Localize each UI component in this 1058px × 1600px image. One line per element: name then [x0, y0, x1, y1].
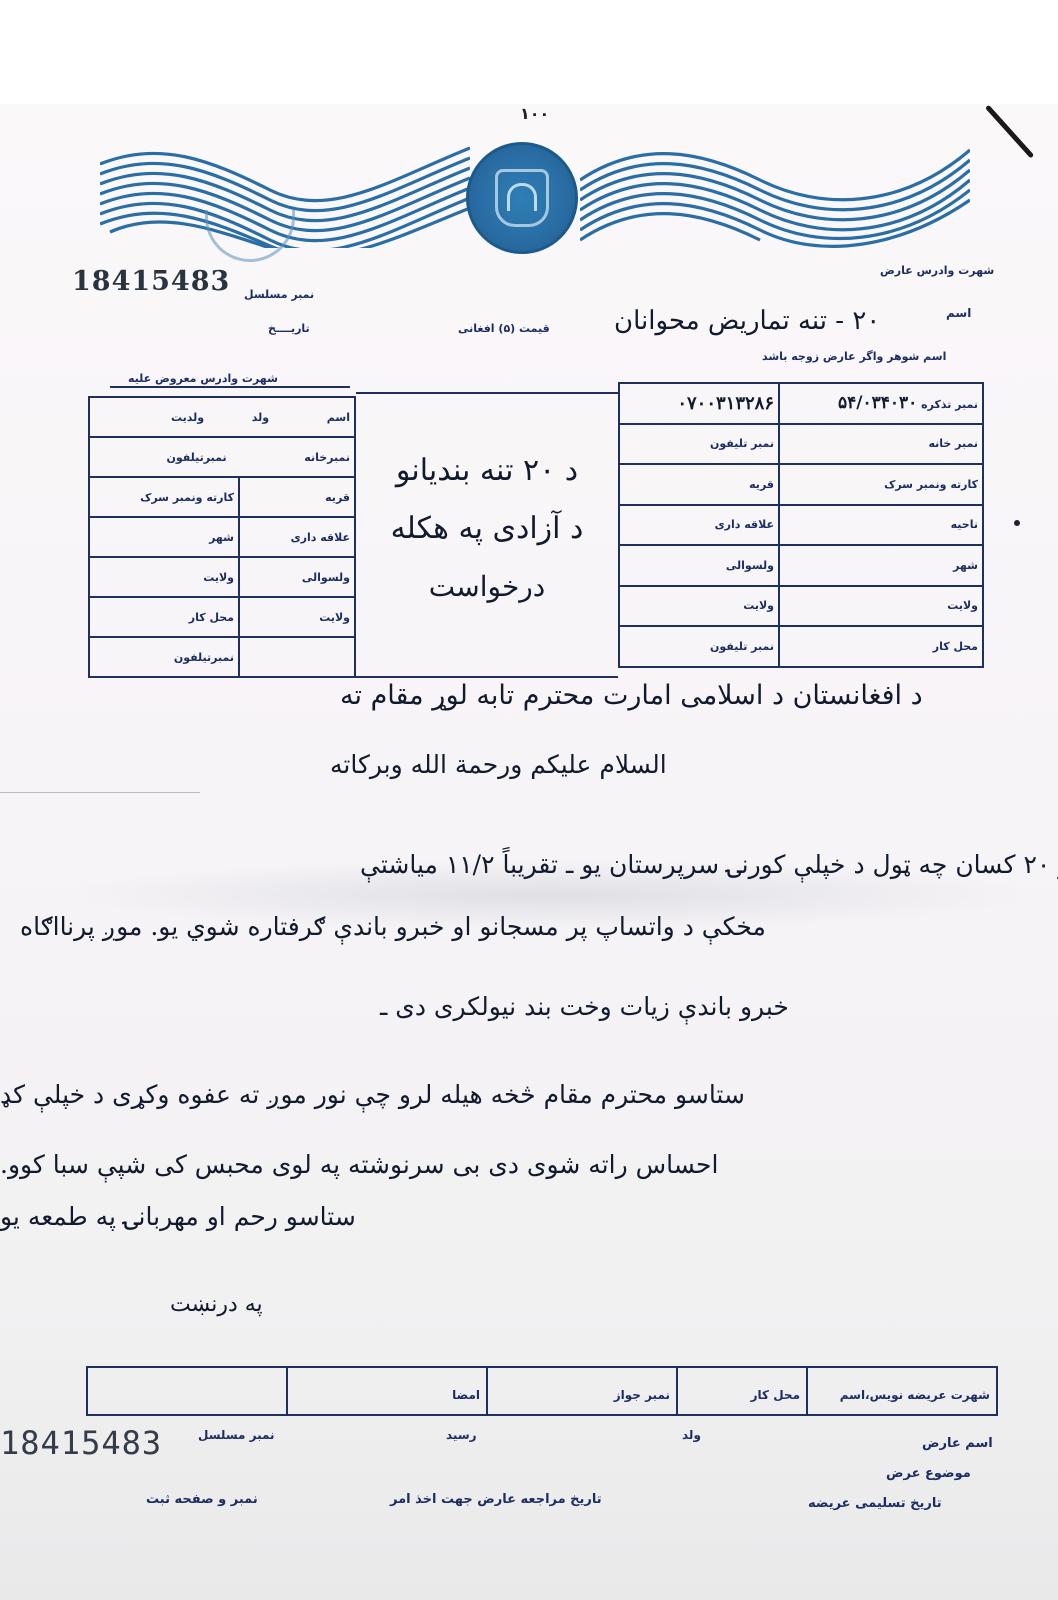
table-row: نمبر تلیفون نمبر خانه [619, 424, 983, 465]
subject-label: موضوع عرض [886, 1466, 971, 1481]
margin-dot [1014, 520, 1020, 526]
letter-paragraph-2: مخکې د واتساپ پر مسجانو او خبرو باندې ګر… [20, 912, 766, 941]
father-label: ولد [682, 1428, 701, 1442]
top-edge-mark: ۱۰۰ [520, 104, 549, 123]
follow-up-date-label: تاریخ مراجعه عارض جهت اخذ امر [390, 1492, 602, 1507]
table-row: نمبرتیلفون [89, 637, 355, 677]
table-row: کارته ونمبر سرک قریه [89, 477, 355, 517]
table-row: محل کار ولایت [89, 597, 355, 637]
cell-value2: ۰۷۰۰۳۱۳۲۸۶ [619, 383, 779, 424]
letter-paragraph-4: ستاسو محترم مقام څخه هیله لرو چې نور موږ… [0, 1080, 745, 1109]
applicant-address-table: ۰۷۰۰۳۱۳۲۸۶ نمبر تذکره ۵۴/۰۳۴۰۳۰ نمبر تلی… [618, 382, 984, 668]
price-label: قیمت (۵) افغانی [458, 322, 550, 335]
applicant-section-label: شهرت وادرس عارض [880, 264, 994, 277]
table-row: امضا نمبر جواز محل کار شهرت عریضه نویس،ا… [87, 1367, 997, 1415]
ribbon-right-decoration [580, 140, 970, 248]
table-row: ۰۷۰۰۳۱۳۲۸۶ نمبر تذکره ۵۴/۰۳۴۰۳۰ [619, 383, 983, 424]
subject-box: د ۲۰ تنه بندیانو د آزادی په هکله درخواست [356, 392, 618, 678]
receipt-label: رسید [446, 1428, 477, 1442]
applicant-name-value: ۲۰ - تنه تماریض محوانان [614, 306, 880, 336]
applicant-name-label: اسم عارض [922, 1436, 993, 1451]
subject-line-3: درخواست [356, 558, 618, 616]
table-row: ولسوالی شهر [619, 545, 983, 586]
letter-closing: په درنښت [170, 1292, 263, 1317]
subject-line-2: د آزادی په هکله [356, 500, 618, 558]
afghanistan-emblem-icon [466, 142, 578, 254]
letter-paragraph-3: خبرو باندې زیات وخت بند نیولکری دی ـ [380, 992, 789, 1021]
serial-number-bottom: 18415483 [0, 1424, 162, 1462]
petition-writer-table: امضا نمبر جواز محل کار شهرت عریضه نویس،ا… [86, 1366, 998, 1416]
respondent-address-table: اسم ولد ولدیت نمبرخانه نمبرتیلفون کارته … [88, 396, 356, 678]
submit-date-label: تاریخ تسلیمی عریضه [808, 1496, 942, 1511]
cell-id-number: نمبر تذکره ۵۴/۰۳۴۰۳۰ [779, 383, 983, 424]
letter-paragraph-1: موږ ۲۰ کسان چه ټول د خپلې کورنۍ سرپرستان… [360, 850, 1058, 879]
letter-addressee: د افغانستان د اسلامی امارت محترم تابه لو… [340, 680, 923, 711]
letter-greeting: السلام علیکم ورحمة الله وبرکاته [330, 750, 667, 779]
table-row: نمبر تلیفون محل کار [619, 626, 983, 667]
letter-paragraph-6: ستاسو رحم او مهربانۍ په طمعه یو [0, 1202, 356, 1231]
table-row: علاقه داری ناحیه [619, 505, 983, 546]
name-label: اسم [946, 306, 971, 320]
table-row: قریه کارته ونمبر سرک [619, 464, 983, 505]
footer-serial-label: نمبر مسلسل [198, 1428, 275, 1442]
register-number-label: نمبر و صفحه ثبت [146, 1492, 258, 1507]
serial-label: نمبر مسلسل [244, 288, 314, 301]
letter-paragraph-5: احساس راته شوی دی بی سرنوشته په لوی محبس… [0, 1150, 718, 1179]
spouse-note: اسم شوهر واگر عارض زوجه باشد [762, 350, 946, 363]
respondent-section-label: شهرت وادرس معروض علیه [128, 372, 278, 385]
table-row: اسم ولد ولدیت [89, 397, 355, 437]
subject-line-1: د ۲۰ تنه بندیانو [356, 442, 618, 500]
date-label: تاریــــخ [268, 322, 310, 335]
serial-number-top: 18415483 [72, 266, 230, 297]
table-row: شهر علاقه داری [89, 517, 355, 557]
table-row: ولایت ولایت [619, 586, 983, 627]
table-row: نمبرخانه نمبرتیلفون [89, 437, 355, 477]
table-row: ولایت ولسوالی [89, 557, 355, 597]
